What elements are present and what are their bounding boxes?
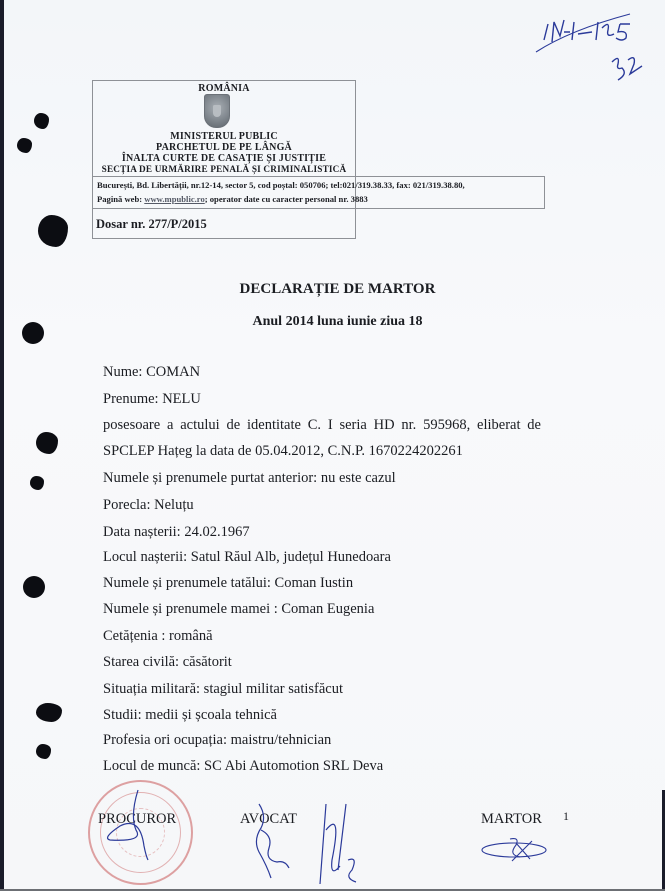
punch-hole — [23, 576, 45, 598]
scanned-page: ROMÂNIA MINISTERUL PUBLIC PARCHETUL DE P… — [0, 0, 665, 891]
punch-hole — [30, 476, 44, 490]
scan-edge-left — [0, 0, 4, 891]
field-porecla: Porecla: Neluțu — [103, 497, 194, 514]
field-stare-civila: Starea civilă: căsătorit — [103, 654, 232, 671]
coat-of-arms-icon — [204, 94, 230, 128]
institution-line: MINISTERUL PUBLIC — [92, 131, 356, 142]
field-nume-anterior: Numele și prenumele purtat anterior: nu … — [103, 470, 396, 487]
institution-line: PARCHETUL DE PE LÂNGĂ — [92, 142, 356, 153]
field-profesia: Profesia ori ocupația: maistru/tehnician — [103, 732, 331, 749]
handwritten-folio-number — [530, 10, 650, 80]
page-marker: 1 — [563, 809, 569, 824]
institution-line: ÎNALTA CURTE DE CASAȚIE ȘI JUSTIȚIE — [92, 153, 356, 164]
web-line: Pagină web: www.mpublic.ro; operator dat… — [97, 194, 368, 204]
label-martor: MARTOR — [481, 811, 542, 828]
field-loc-munca: Locul de muncă: SC Abi Automotion SRL De… — [103, 758, 383, 775]
operator-info: ; operator date cu caracter personal nr.… — [205, 194, 368, 204]
institution-line: SECȚIA DE URMĂRIRE PENALĂ ȘI CRIMINALIST… — [92, 164, 356, 174]
lawyer-signature-2 — [312, 800, 362, 888]
lawyer-signature-1 — [245, 800, 295, 880]
field-data-nasterii: Data nașterii: 24.02.1967 — [103, 524, 250, 541]
field-id-line1: posesoare a actului de identitate C. I s… — [103, 417, 541, 434]
field-locul-nasterii: Locul nașterii: Satul Răul Alb, județul … — [103, 549, 391, 566]
punch-hole — [34, 113, 49, 129]
field-cetatenia: Cetățenia : română — [103, 628, 213, 645]
country-name: ROMÂNIA — [92, 83, 356, 94]
field-prenume: Prenume: NELU — [103, 391, 201, 408]
document-title: DECLARAȚIE DE MARTOR — [0, 281, 665, 298]
field-id-line2: SPCLEP Hațeg la data de 05.04.2012, C.N.… — [103, 443, 463, 460]
field-situatie-militara: Situația militară: stagiul militar satis… — [103, 681, 343, 698]
field-nume: Nume: COMAN — [103, 364, 200, 381]
prosecutor-signature — [100, 786, 180, 866]
field-studii: Studii: medii și școala tehnică — [103, 707, 277, 724]
punch-hole — [36, 703, 62, 722]
field-mama: Numele și prenumele mamei : Coman Eugeni… — [103, 601, 374, 618]
case-number: Dosar nr. 277/P/2015 — [96, 217, 207, 232]
field-tata: Numele și prenumele tatălui: Coman Iusti… — [103, 575, 353, 592]
punch-hole — [17, 138, 32, 153]
web-link[interactable]: www.mpublic.ro — [144, 194, 204, 204]
document-date: Anul 2014 luna iunie ziua 18 — [0, 314, 665, 330]
punch-hole — [36, 432, 58, 454]
witness-signature — [480, 835, 560, 865]
web-label: Pagină web: — [97, 194, 144, 204]
punch-hole — [36, 744, 51, 759]
punch-hole — [38, 215, 68, 247]
address-line: București, Bd. Libertății, nr.12-14, sec… — [97, 180, 465, 190]
